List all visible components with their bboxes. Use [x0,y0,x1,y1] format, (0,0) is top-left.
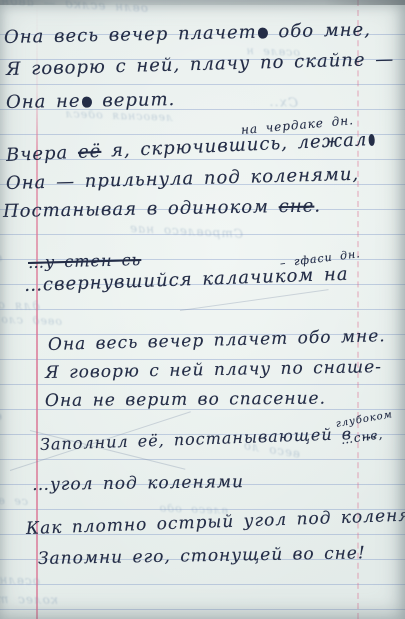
struck-text: её [78,141,102,163]
text-segment: Вчера [6,142,79,166]
ink-blot [81,97,91,108]
poem-line-9: Я говорю с ней плачу по снаше- [45,357,382,383]
poem-line-13: Как плотно острый угол под коленями [26,505,405,539]
poem-line-10: Она не верит во спасение. [45,389,326,411]
bleed-through-text: веоло [0,250,3,268]
bleed-through-text: колес твы осе нал [0,590,58,607]
bleed-through-text: се вле одна все оле [0,490,28,508]
text-segment: Я говорю с ней плачу по снаше- [45,357,382,383]
text-segment: Как плотно острый угол под коленями [26,505,405,539]
struck-text: сне [279,196,315,218]
bleed-through-text: Сх.. [268,95,298,111]
text-segment: . [314,195,321,216]
bleed-through-text: овед слоимся нае [0,311,62,328]
text-segment: Заполнил её, постанывающей в … [40,423,379,454]
poem-line-2: Я говорю с ней, плачу по скайпе — [6,49,395,80]
text-segment: Она не верит во спасение. [45,389,326,411]
poem-line-11: Заполнил её, постанывающей в … [40,423,379,454]
text-segment: Постанывая в одиноком [3,196,279,222]
struck-text: …у стен сь [28,250,142,272]
bleed-through-text: Стровлесо нае [129,221,244,241]
poem-line-14: Запомни его, стонущей во сне! [38,543,366,569]
poem-line-8: Она весь вечер плачет обо мне. [48,326,386,355]
text-segment: Она не [6,91,81,113]
poem-line-12: …угол под коленями [32,472,244,495]
text-segment: Она — прильнула под коленями, [6,164,360,194]
poem-line-3: Она не верит. [6,89,176,113]
poem-line-4: Вчера её я, скрючившись, лежал [6,129,376,166]
ink-blot [258,27,268,38]
text-segment: …угол под коленями [32,472,244,495]
scratch-mark [180,289,329,311]
bleed-through-text: воле с кое — нлвес одас [0,402,2,423]
text-segment: Она весь вечер плачет обо мне. [48,326,386,355]
bleed-through-text: освлн еслко вседне ове [0,568,40,588]
page-top-edge [0,0,405,5]
bleed-through-text: овлн еслкд — авднлесо [0,0,148,15]
ink-blot [368,134,375,146]
poem-line-1: Она весь вечер плачет обо мне, [4,19,371,48]
text-segment: я, скрючившись, лежал [101,129,368,162]
text-segment: Запомни его, стонущей во сне! [38,543,366,569]
poem-line-5: Она — прильнула под коленями, [6,164,360,194]
text-segment: обо мне, [268,19,371,42]
crossed-out-line: …у стен сь [28,250,142,272]
text-segment: Она весь вечер плачет [4,22,257,48]
text-segment: верит. [92,89,175,111]
text-segment: Я говорю с ней, плачу по скайпе — [6,49,395,80]
notebook-page: Она весь вечер плачет обо мне,Я говорю с… [0,0,405,619]
poem-line-6: Постанывая в одиноком сне. [3,195,321,222]
